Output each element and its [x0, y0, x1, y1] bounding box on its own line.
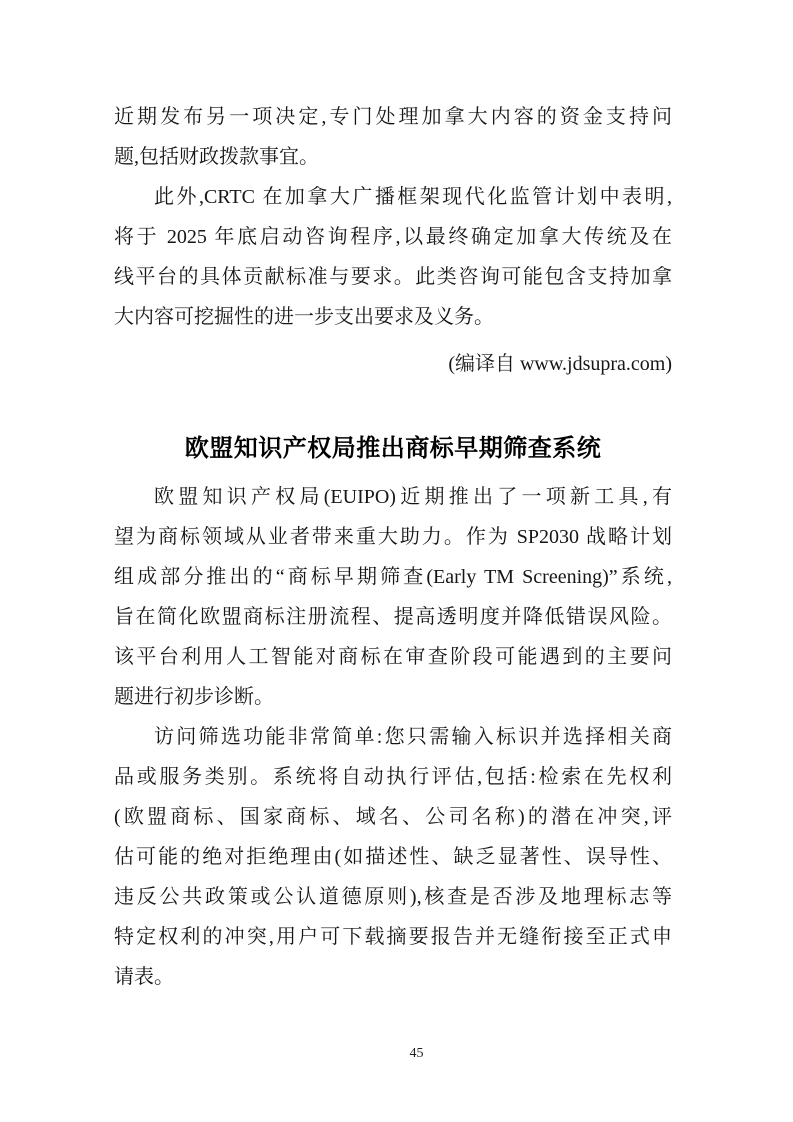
body-text-line: 品或服务类别。系统将自动执行评估,包括:检索在先权利 — [114, 757, 672, 797]
body-text-line: 题,包括财政拨款事宜。 — [114, 137, 672, 177]
paragraph: 此外,CRTC 在加拿大广播框架现代化监管计划中表明,将于 2025 年底启动咨… — [114, 177, 672, 337]
body-text-line: 将于 2025 年底启动咨询程序,以最终确定加拿大传统及在 — [114, 217, 672, 257]
body-text-line: 特定权利的冲突,用户可下载摘要报告并无缝衔接至正式申 — [114, 917, 672, 957]
paragraph: 访问筛选功能非常简单:您只需输入标识并选择相关商品或服务类别。系统将自动执行评估… — [114, 717, 672, 997]
document-page: 近期发布另一项决定,专门处理加拿大内容的资金支持问题,包括财政拨款事宜。此外,C… — [0, 0, 793, 1122]
body-text-line: 线平台的具体贡献标准与要求。此类咨询可能包含支持加拿 — [114, 257, 672, 297]
body-text-line: 题进行初步诊断。 — [114, 677, 672, 717]
page-number: 45 — [20, 1044, 793, 1064]
body-text-line: 组成部分推出的“商标早期筛查(Early TM Screening)”系统, — [114, 557, 672, 597]
body-text-line: 旨在简化欧盟商标注册流程、提高透明度并降低错误风险。 — [114, 597, 672, 637]
paragraph: 近期发布另一项决定,专门处理加拿大内容的资金支持问题,包括财政拨款事宜。 — [114, 97, 672, 177]
body-text-line: 此外,CRTC 在加拿大广播框架现代化监管计划中表明, — [114, 177, 672, 217]
body-text-line: 望为商标领域从业者带来重大助力。作为 SP2030 战略计划 — [114, 517, 672, 557]
body-text-line: 估可能的绝对拒绝理由(如描述性、缺乏显著性、误导性、 — [114, 837, 672, 877]
attribution-line: (编译自 www.jdsupra.com) — [114, 344, 672, 384]
body-text-line: 该平台利用人工智能对商标在审查阶段可能遇到的主要问 — [114, 637, 672, 677]
body-text-line: (欧盟商标、国家商标、域名、公司名称)的潜在冲突,评 — [114, 797, 672, 837]
section-heading: 欧盟知识产权局推出商标早期筛查系统 — [114, 426, 672, 472]
body-text-line: 近期发布另一项决定,专门处理加拿大内容的资金支持问 — [114, 97, 672, 137]
paragraph: 欧盟知识产权局(EUIPO)近期推出了一项新工具,有望为商标领域从业者带来重大助… — [114, 477, 672, 717]
body-text-line: 违反公共政策或公认道德原则),核查是否涉及地理标志等 — [114, 877, 672, 917]
body-text-line: 欧盟知识产权局(EUIPO)近期推出了一项新工具,有 — [114, 477, 672, 517]
document-content: 近期发布另一项决定,专门处理加拿大内容的资金支持问题,包括财政拨款事宜。此外,C… — [114, 97, 672, 997]
body-text-line: 大内容可挖掘性的进一步支出要求及义务。 — [114, 297, 672, 337]
body-text-line: 请表。 — [114, 957, 672, 997]
body-text-line: 访问筛选功能非常简单:您只需输入标识并选择相关商 — [114, 717, 672, 757]
